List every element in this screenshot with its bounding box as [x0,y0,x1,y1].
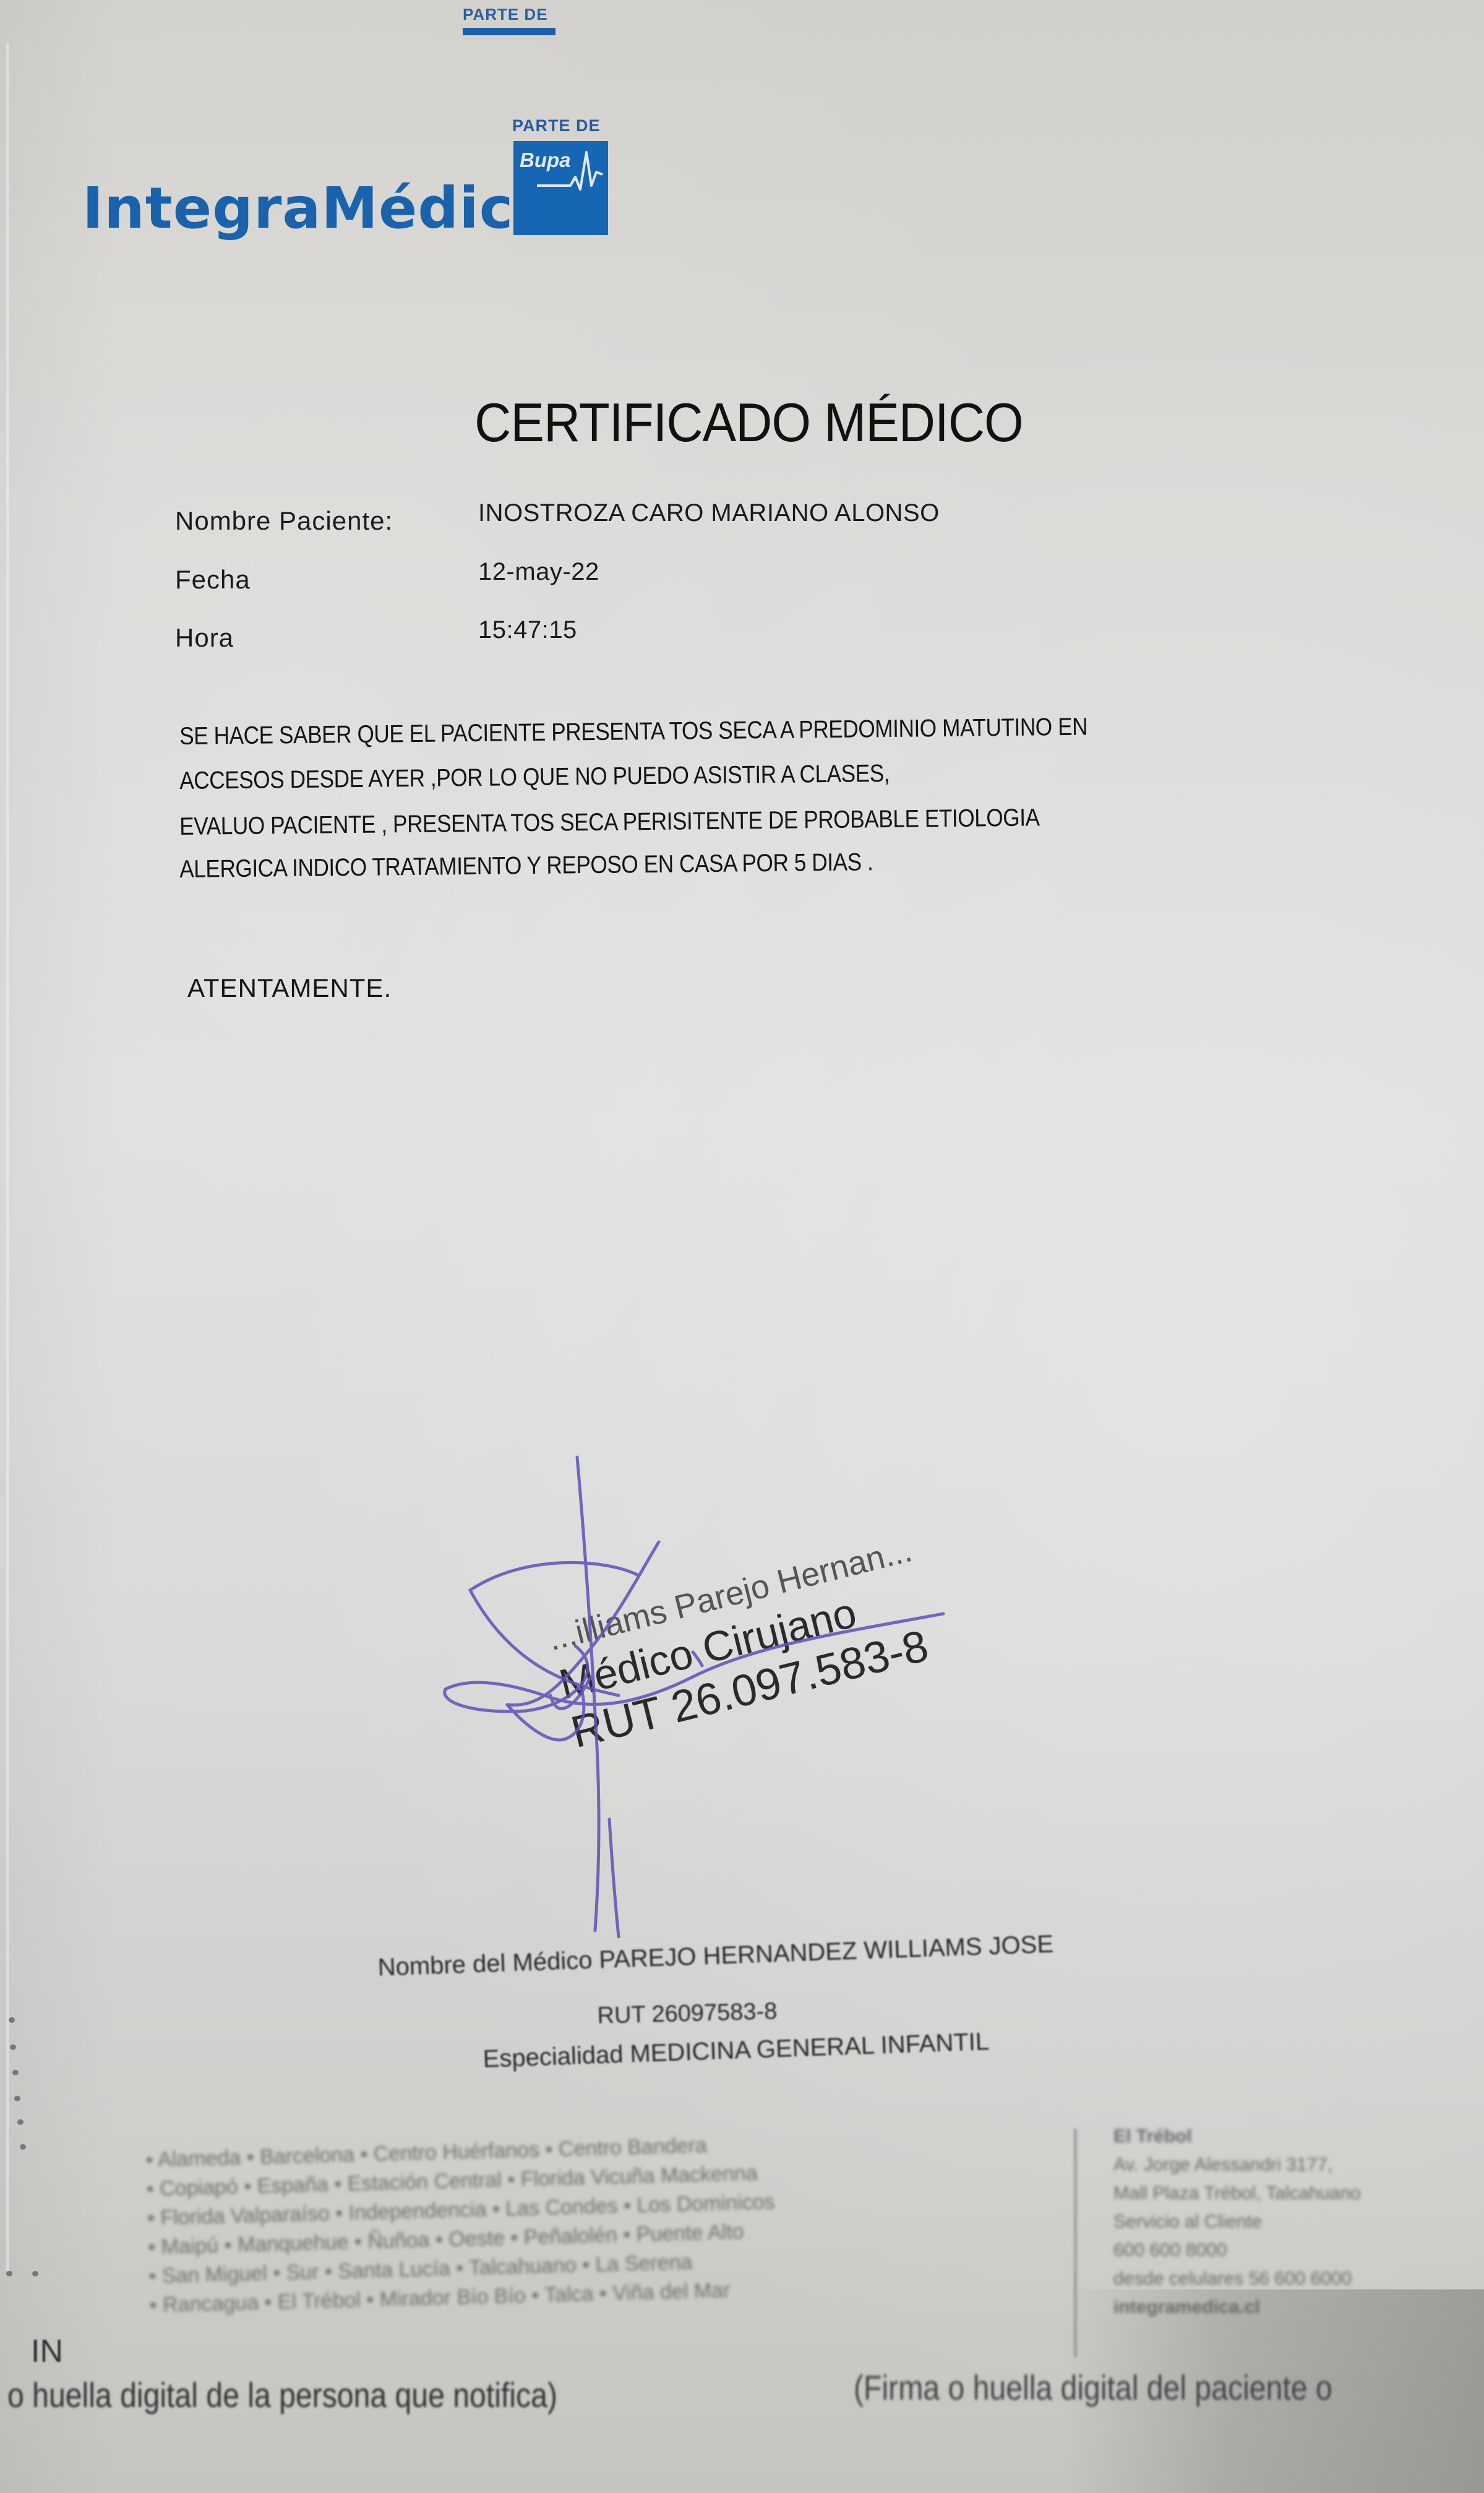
body-line-4: ALERGICA INDICO TRATAMIENTO Y REPOSO EN … [179,848,873,884]
bupa-logo: Bupa [513,141,608,235]
customer-service-label: Servicio al Cliente [1113,2208,1361,2236]
date-label: Fecha [175,565,251,595]
ghost-partner-label: PARTE DE [463,5,548,24]
closing-text: ATENTAMENTE. [187,973,392,1003]
integramedica-logo: IntegraMédica [82,175,552,241]
body-line-3: EVALUO PACIENTE , PRESENTA TOS SECA PERI… [179,804,1040,841]
notifier-signature-caption: o huella digital de la persona que notif… [7,2375,557,2415]
branch-address-2: Mall Plaza Trébol, Talcahuano [1113,2179,1361,2208]
margin-dots [6,2017,43,2283]
partner-label: PARTE DE [512,116,601,136]
time-label: Hora [175,623,234,653]
paper-shading [0,0,1484,2493]
partial-heading: IN [31,2333,63,2370]
patient-signature-caption: (Firma o huella digital del paciente o [854,2367,1332,2408]
handwritten-signature [433,1448,1083,1943]
customer-service-phone: 600 600 8000 [1113,2236,1361,2265]
date-value: 12-may-22 [478,558,599,586]
document-title: CERTIFICADO MÉDICO [53,391,1433,454]
body-line-2: ACCESOS DESDE AYER ,POR LO QUE NO PUEDO … [179,760,890,795]
heartbeat-icon [532,147,606,191]
time-value: 15:47:15 [478,616,577,644]
ghost-partner-bar [463,28,555,35]
branch-name: El Trébol [1113,2122,1361,2151]
doctor-specialty-line: Especialidad MEDICINA GENERAL INFANTIL [483,2028,990,2073]
paper-edge [6,43,9,2271]
body-line-1: SE HACE SABER QUE EL PACIENTE PRESENTA T… [179,713,1087,751]
patient-name-value: INOSTROZA CARO MARIANO ALONSO [478,499,940,527]
patient-name-label: Nombre Paciente: [175,506,393,536]
branches-list: • Alameda • Barcelona • Centro Huérfanos… [145,2129,778,2320]
doctor-rut-line: RUT 26097583-8 [597,1998,778,2030]
branch-address: Av. Jorge Alessandri 3177, [1113,2151,1361,2179]
